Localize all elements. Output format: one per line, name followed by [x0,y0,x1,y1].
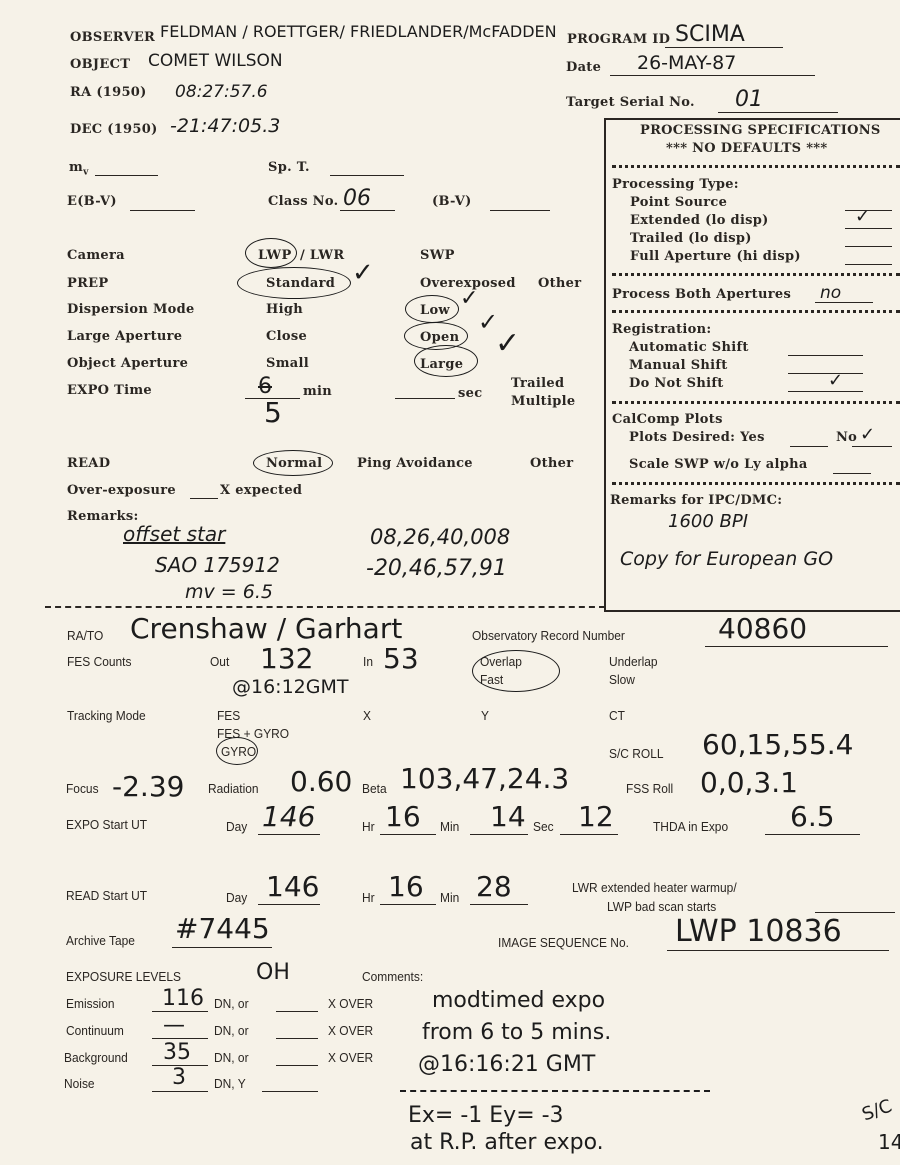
processing-subtitle: *** NO DEFAULTS *** [666,141,828,156]
expo-time-label: EXPO Time [67,383,152,398]
emission-mid: DN, or [214,996,249,1011]
background-label: Background [64,1050,128,1065]
margin-note: 14 [878,1130,900,1154]
fes-in-label: In [363,654,373,669]
expo-start-min-label: Min [440,819,459,834]
fes-counts-label: FES Counts [67,654,131,669]
remarks-line: mv = 6.5 [185,581,273,603]
expo-time-sec-unit: sec [458,386,482,401]
object-aperture-small[interactable]: Small [266,356,309,371]
beta-value[interactable]: 103,47,24.3 [400,762,569,795]
observer-value[interactable]: FELDMAN / ROETTGER/ FRIEDLANDER/McFADDEN [160,22,557,41]
plots-desired-no-label: No [836,430,857,445]
bv-label: (B-V) [432,194,472,209]
background-mid: DN, or [214,1050,249,1065]
read-start-hr-label: Hr [362,890,375,905]
section-divider [45,606,605,608]
large-aperture-label: Large Aperture [67,329,182,344]
tracking-x[interactable]: X [363,708,371,723]
continuum-dn[interactable]: — [163,1013,185,1038]
date-label: Date [566,60,601,75]
overexposure-suffix: X expected [220,483,302,498]
image-sequence-value[interactable]: LWP 10836 [675,914,842,949]
read-ping-avoidance[interactable]: Ping Avoidance [357,456,473,471]
check-icon: ✓ [828,370,843,391]
program-id-label: PROGRAM ID [567,32,670,47]
target-serial-value[interactable]: 01 [735,87,763,112]
fss-roll-label: FSS Roll [626,781,673,796]
plots-desired-label: Plots Desired: Yes [629,430,765,445]
ra-label: RA (1950) [70,85,147,100]
comment-line: modtimed expo [432,988,605,1013]
registration-automatic: Automatic Shift [629,340,749,355]
fes-slow[interactable]: Slow [609,672,635,687]
check-icon: ✓ [352,258,374,288]
registration-label: Registration: [612,322,711,337]
tracking-fes[interactable]: FES [217,708,240,723]
image-sequence-label: IMAGE SEQUENCE No. [498,935,629,950]
background-suffix: X OVER [328,1050,373,1065]
registration-manual: Manual Shift [629,358,728,373]
selected-circle [405,295,459,323]
noise-label: Noise [64,1076,95,1091]
lwr-heater-line2: LWP bad scan starts [607,899,716,914]
registration-do-not-shift: Do Not Shift [629,376,724,391]
sc-roll-label: S/C ROLL [609,746,664,761]
class-no-value[interactable]: 06 [343,186,371,211]
plots-desired-no-field[interactable] [852,446,892,447]
read-start-day[interactable]: 146 [266,870,319,903]
expo-start-hr-label: Hr [362,819,375,834]
fes-out-label: Out [210,654,229,669]
remarks-line: offset star [123,522,225,546]
record-number-label: Observatory Record Number [472,628,625,643]
fes-underlap[interactable]: Underlap [609,654,658,669]
noise-mid: DN, Y [214,1076,246,1091]
read-other[interactable]: Other [530,456,573,471]
both-apertures-value[interactable]: no [820,283,841,303]
comment-line: at R.P. after expo. [410,1130,604,1155]
comments-label: Comments: [362,969,423,984]
camera-lwr[interactable]: / LWR [300,248,344,263]
fes-out-value[interactable]: 132 [260,642,313,675]
emission-over-field[interactable] [276,1011,318,1012]
expo-start-hr[interactable]: 16 [385,800,421,833]
expo-start-day-label: Day [226,819,247,834]
beta-label: Beta [362,781,387,796]
processing-type-extended-field[interactable] [845,228,892,229]
expo-multiple[interactable]: Multiple [511,394,575,409]
remarks-line: SAO 175912 [155,553,280,577]
camera-label: Camera [67,248,125,263]
fes-out-time: @16:12GMT [232,676,348,698]
lwr-heater-field[interactable] [815,912,895,913]
tracking-ct[interactable]: CT [609,708,625,723]
dec-value[interactable]: -21:47:05.3 [170,115,280,137]
emission-dn[interactable]: 116 [162,986,204,1011]
ipc-remarks-line: Copy for European GO [620,548,833,570]
exposure-levels-label: EXPOSURE LEVELS [66,969,181,984]
camera-swp[interactable]: SWP [420,248,455,263]
background-dn[interactable]: 35 [163,1040,191,1065]
continuum-over-field[interactable] [276,1038,318,1039]
sc-roll-value[interactable]: 60,15,55.4 [702,728,853,761]
continuum-label: Continuum [66,1023,124,1038]
dispersion-label: Dispersion Mode [67,302,195,317]
radiation-value[interactable]: 0.60 [290,765,352,798]
read-start-day-label: Day [226,890,247,905]
expo-time-min-unit: min [303,384,332,399]
processing-type-extended: Extended (lo disp) [630,213,769,228]
calcomp-label: CalComp Plots [612,412,723,427]
tracking-y[interactable]: Y [481,708,489,723]
read-start-min-label: Min [440,890,459,905]
large-aperture-close[interactable]: Close [266,329,307,344]
observer-label: OBSERVER [70,30,155,45]
thda-value[interactable]: 6.5 [790,800,835,833]
comment-divider [400,1090,710,1092]
check-icon: ✓ [860,424,875,445]
registration-automatic-field[interactable] [788,355,863,356]
continuum-suffix: X OVER [328,1023,373,1038]
target-serial-label: Target Serial No. [566,95,695,110]
expo-start-sec[interactable]: 12 [578,800,614,833]
date-value[interactable]: 26-MAY-87 [637,52,736,74]
sp-t-label: Sp. T. [268,160,310,175]
focus-value[interactable]: -2.39 [112,770,184,803]
plots-desired-yes-field[interactable] [790,446,828,447]
check-icon: ✓ [495,326,520,361]
ra-to-label: RA/TO [67,628,103,643]
check-icon: ✓ [855,206,870,227]
focus-label: Focus [66,781,99,796]
comment-line: from 6 to 5 mins. [422,1020,611,1045]
selected-circle [237,267,351,299]
expo-trailed[interactable]: Trailed [511,376,564,391]
mv-label: mv [69,160,89,178]
tracking-label: Tracking Mode [67,708,146,723]
selected-circle [245,238,297,268]
fes-in-value[interactable]: 53 [383,642,419,675]
lwr-heater-line1: LWR extended heater warmup/ [572,880,737,895]
processing-type-trailed-field[interactable] [845,246,892,247]
radiation-label: Radiation [208,781,259,796]
emission-suffix: X OVER [328,996,373,1011]
selected-circle [472,650,560,692]
processing-type-point-source: Point Source [630,195,727,210]
remarks-line: -20,46,57,91 [366,556,507,581]
expo-start-label: EXPO Start UT [66,817,147,832]
object-aperture-label: Object Aperture [67,356,188,371]
e-bv-label: E(B-V) [67,194,117,209]
prep-label: PREP [67,276,108,291]
thda-label: THDA in Expo [653,819,728,834]
selected-circle [253,450,333,476]
processing-type-full-aperture: Full Aperture (hi disp) [630,249,801,264]
read-label: READ [67,456,110,471]
ipc-remarks-label: Remarks for IPC/DMC: [610,493,782,508]
comment-line: @16:16:21 GMT [418,1052,595,1077]
prep-other[interactable]: Other [538,276,581,291]
registration-do-not-shift-field[interactable] [788,391,863,392]
background-over-field[interactable] [276,1065,318,1066]
both-apertures-label: Process Both Apertures [612,287,791,302]
margin-note: S/C [859,1095,894,1125]
check-icon: ✓ [460,286,478,311]
processing-type-trailed: Trailed (lo disp) [630,231,752,246]
record-number-value[interactable]: 40860 [718,612,807,645]
scale-swp-label: Scale SWP w/o Ly alpha [629,457,808,472]
object-label: OBJECT [70,57,130,72]
expo-start-min[interactable]: 14 [490,800,526,833]
read-start-min[interactable]: 28 [476,870,512,903]
comment-line: Ex= -1 Ey= -3 [408,1103,564,1128]
continuum-mid: DN, or [214,1023,249,1038]
ipc-remarks-line: 1600 BPI [668,511,748,532]
read-start-hr[interactable]: 16 [388,870,424,903]
emission-label: Emission [66,996,115,1011]
overexposure-label: Over-exposure [67,483,176,498]
selected-circle [216,737,258,765]
remarks-line: 08,26,40,008 [370,525,510,549]
class-no-label: Class No. [268,194,338,209]
registration-manual-field[interactable] [788,373,863,374]
processing-type-full-aperture-field[interactable] [845,264,892,265]
program-id-value[interactable]: SCIMA [675,22,745,47]
expo-start-day[interactable]: 146 [262,800,315,833]
dispersion-high[interactable]: High [266,302,303,317]
archive-tape-label: Archive Tape [66,933,135,948]
expo-time-min-value[interactable]: 5 [264,396,282,429]
ra-value[interactable]: 08:27:57.6 [175,82,268,102]
exposure-levels-value[interactable]: OH [256,960,290,985]
processing-title: PROCESSING SPECIFICATIONS [640,123,881,138]
expo-start-sec-label: Sec [533,819,554,834]
processing-type-label: Processing Type: [612,177,739,192]
scale-swp-field[interactable] [833,473,871,474]
noise-y-field[interactable] [262,1091,318,1092]
dec-label: DEC (1950) [70,122,158,137]
archive-tape-value[interactable]: #7445 [175,912,270,945]
selected-circle [414,345,478,377]
noise-dn[interactable]: 3 [172,1065,186,1090]
fss-roll-value[interactable]: 0,0,3.1 [700,766,798,799]
ra-to-value[interactable]: Crenshaw / Garhart [130,612,402,645]
read-start-label: READ Start UT [66,888,147,903]
object-value[interactable]: COMET WILSON [148,51,283,71]
